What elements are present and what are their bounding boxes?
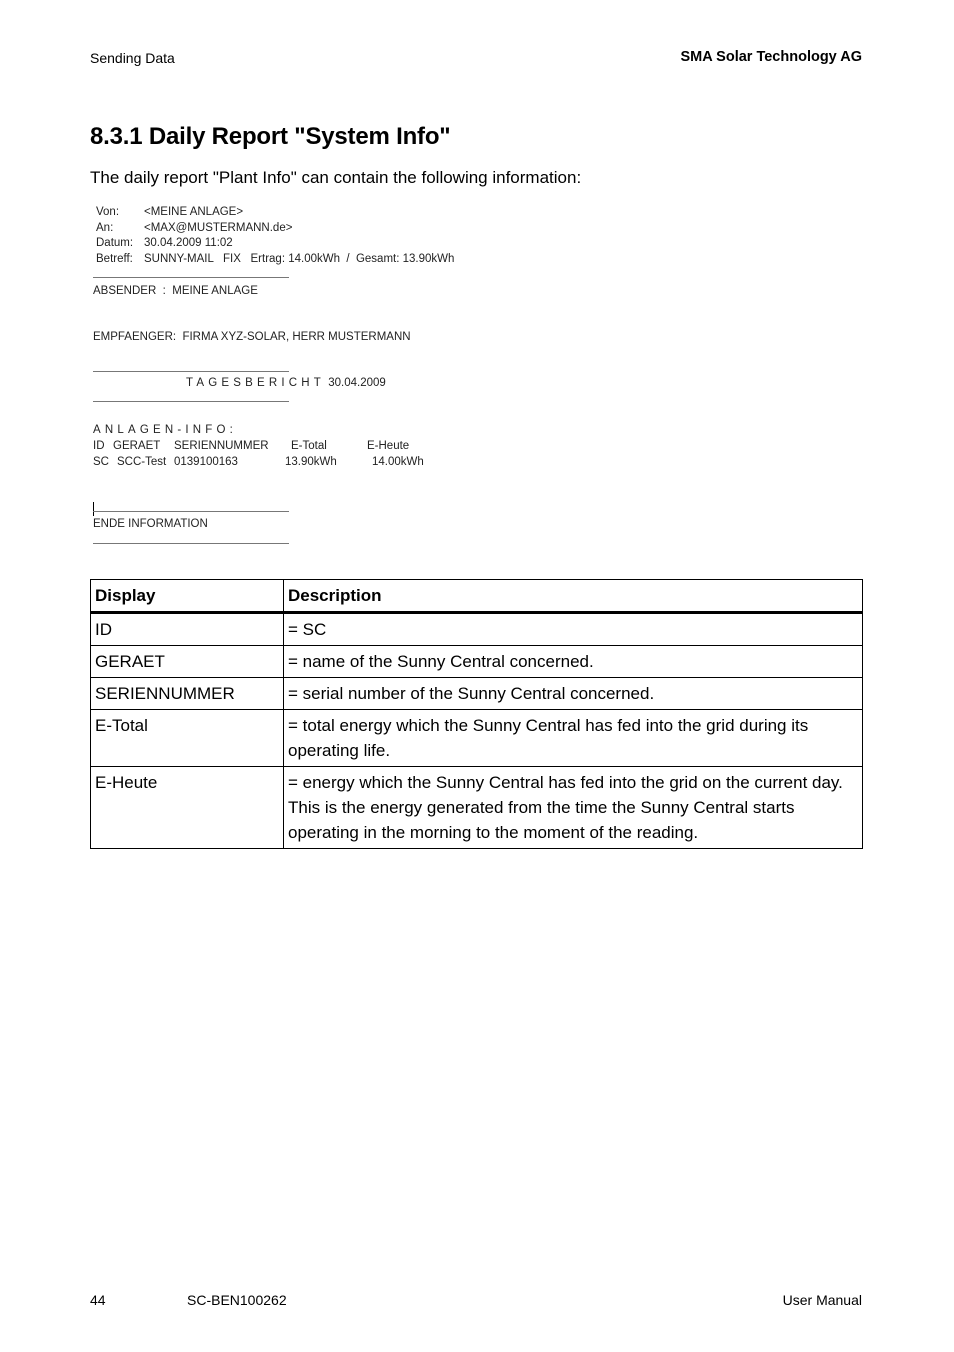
divider <box>93 277 289 278</box>
email-header-date: Datum:30.04.2009 11:02 <box>96 237 233 249</box>
column-header-description: Description <box>284 580 863 613</box>
document-type: User Manual <box>783 1292 862 1308</box>
document-code: SC-BEN100262 <box>187 1292 287 1308</box>
table-row: E-Heute = energy which the Sunny Central… <box>91 767 863 849</box>
description-cell: = total energy which the Sunny Central h… <box>284 710 863 767</box>
section-heading: 8.3.1 Daily Report "System Info" <box>90 123 450 151</box>
divider <box>93 401 289 402</box>
display-cell: GERAET <box>91 646 284 678</box>
page-number: 44 <box>90 1292 106 1308</box>
divider <box>93 543 289 544</box>
column-header-display: Display <box>91 580 284 613</box>
description-cell: = SC <box>284 613 863 646</box>
display-description-table: Display Description ID = SC GERAET = nam… <box>90 579 863 849</box>
table-row: GERAET = name of the Sunny Central conce… <box>91 646 863 678</box>
display-cell: ID <box>91 613 284 646</box>
report-title-line: TAGESBERICHT 30.04.2009 <box>186 377 386 389</box>
text-cursor <box>93 502 94 516</box>
table-row: SERIENNUMMER = serial number of the Sunn… <box>91 678 863 710</box>
running-header-company: SMA Solar Technology AG <box>680 49 862 65</box>
end-information: ENDE INFORMATION <box>93 518 208 530</box>
table-row: ID = SC <box>91 613 863 646</box>
display-cell: E-Total <box>91 710 284 767</box>
plant-info-title: ANLAGEN-INFO: <box>93 424 237 436</box>
divider <box>93 371 289 372</box>
table-header-row: Display Description <box>91 580 863 613</box>
intro-paragraph: The daily report "Plant Info" can contai… <box>90 168 581 188</box>
description-cell: = energy which the Sunny Central has fed… <box>284 767 863 849</box>
description-cell: = serial number of the Sunny Central con… <box>284 678 863 710</box>
email-header-to: An:<MAX@MUSTERMANN.de> <box>96 222 292 234</box>
display-cell: SERIENNUMMER <box>91 678 284 710</box>
display-cell: E-Heute <box>91 767 284 849</box>
running-header-section: Sending Data <box>90 50 175 66</box>
table-row: E-Total = total energy which the Sunny C… <box>91 710 863 767</box>
email-header-subject: Betreff:SUNNY-MAIL FIX Ertrag: 14.00kWh … <box>96 253 454 265</box>
email-header-from: Von:<MEINE ANLAGE> <box>96 206 243 218</box>
description-cell: = name of the Sunny Central concerned. <box>284 646 863 678</box>
divider <box>93 511 289 512</box>
email-recipient: EMPFAENGER: FIRMA XYZ-SOLAR, HERR MUSTER… <box>93 331 411 343</box>
email-sender: ABSENDER : MEINE ANLAGE <box>93 285 258 297</box>
